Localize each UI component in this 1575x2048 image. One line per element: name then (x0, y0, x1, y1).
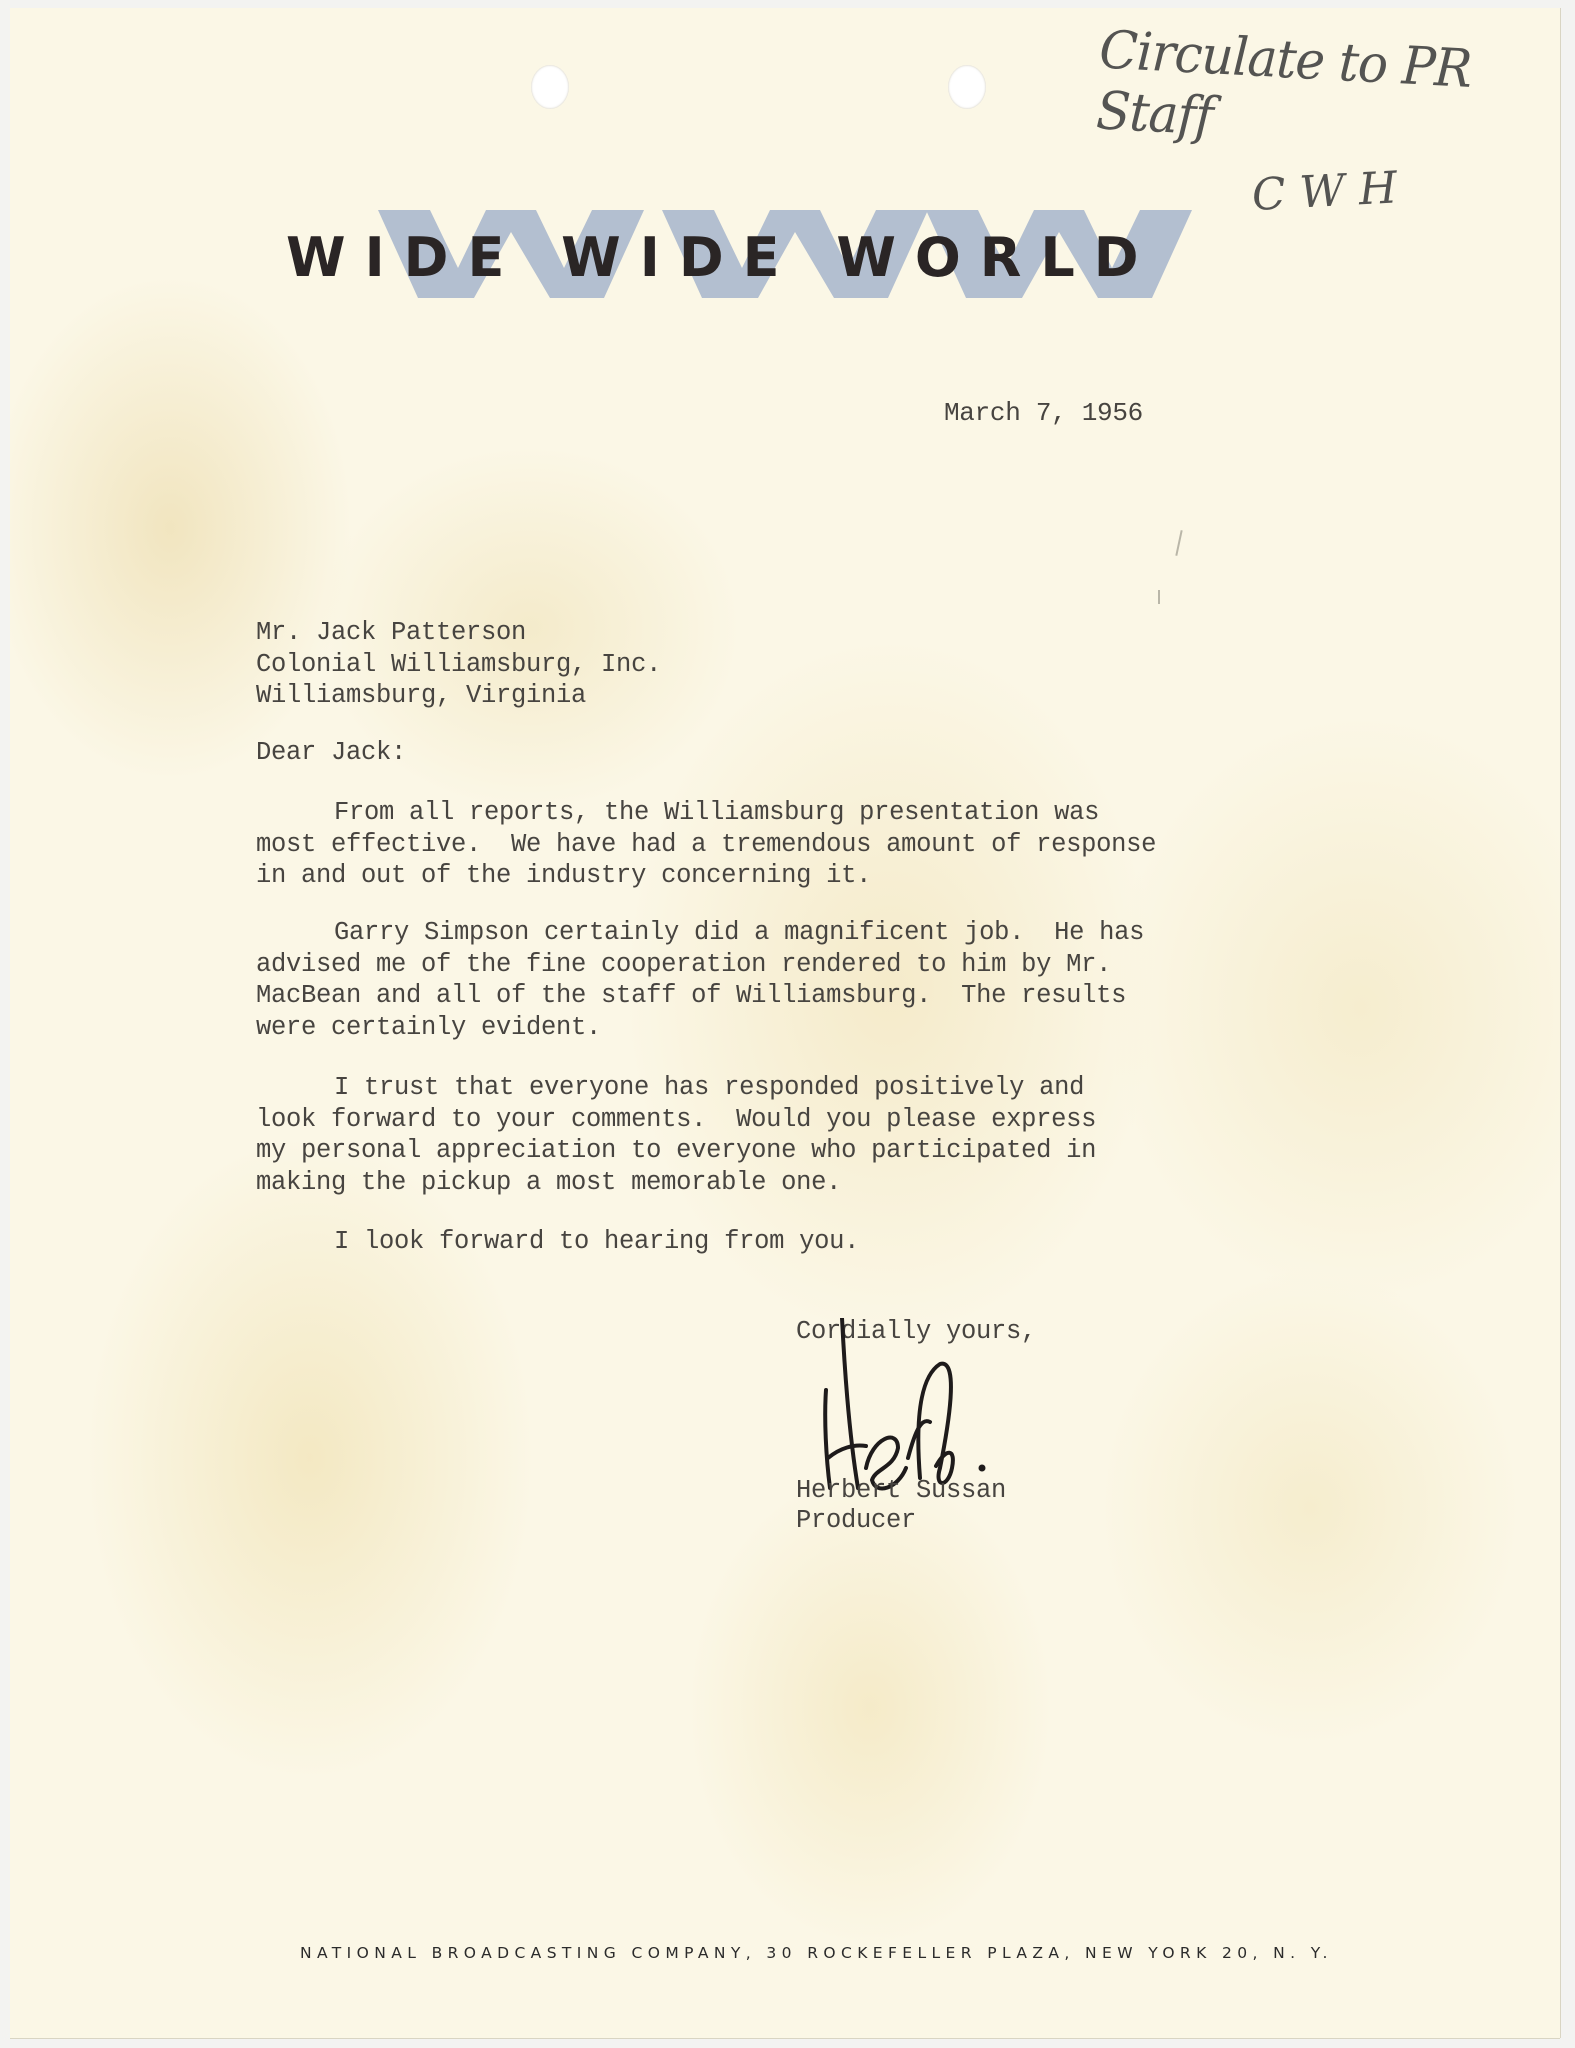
letterhead: WIDE WIDE WORLD (286, 206, 1248, 302)
paragraph-line: were certainly evident. (256, 1012, 1144, 1044)
signer-title: Producer (796, 1505, 916, 1537)
punch-hole (948, 65, 986, 109)
recipient-address: Mr. Jack PattersonColonial Williamsburg,… (256, 617, 661, 712)
salutation: Dear Jack: (256, 737, 406, 769)
body-paragraph-2: Garry Simpson certainly did a magnificen… (256, 917, 1144, 1043)
letter-date: March 7, 1956 (944, 398, 1143, 430)
handwritten-initials: C W H (1251, 162, 1399, 221)
pencil-mark (1158, 590, 1160, 604)
body-paragraph-4: I look forward to hearing from you. (256, 1226, 859, 1258)
handwritten-note-circulate: Circulate to PR Staff (1095, 19, 1575, 166)
letterhead-title: WIDE WIDE WORLD (286, 234, 1248, 282)
body-paragraph-1: From all reports, the Williamsburg prese… (256, 797, 1156, 892)
paragraph-line: my personal appreciation to everyone who… (256, 1135, 1096, 1167)
recipient-name: Mr. Jack Patterson (256, 617, 661, 649)
paragraph-line: I trust that everyone has responded posi… (256, 1072, 1096, 1104)
paragraph-line: look forward to your comments. Would you… (256, 1104, 1096, 1136)
paragraph-line: advised me of the fine cooperation rende… (256, 949, 1144, 981)
paragraph-line: most effective. We have had a tremendous… (256, 829, 1156, 861)
paragraph-line: From all reports, the Williamsburg prese… (256, 797, 1156, 829)
signer-name: Herbert Sussan (796, 1475, 1006, 1507)
paragraph-line: Garry Simpson certainly did a magnificen… (256, 917, 1144, 949)
paragraph-line: MacBean and all of the staff of Williams… (256, 980, 1144, 1012)
punch-hole (531, 65, 569, 109)
recipient-location: Williamsburg, Virginia (256, 680, 661, 712)
paragraph-line: making the pickup a most memorable one. (256, 1167, 1096, 1199)
paragraph-line: I look forward to hearing from you. (256, 1226, 859, 1258)
paragraph-line: in and out of the industry concerning it… (256, 860, 1156, 892)
recipient-organization: Colonial Williamsburg, Inc. (256, 649, 661, 681)
body-paragraph-3: I trust that everyone has responded posi… (256, 1072, 1096, 1198)
company-footer: NATIONAL BROADCASTING COMPANY, 30 ROCKEF… (300, 1944, 1300, 1962)
